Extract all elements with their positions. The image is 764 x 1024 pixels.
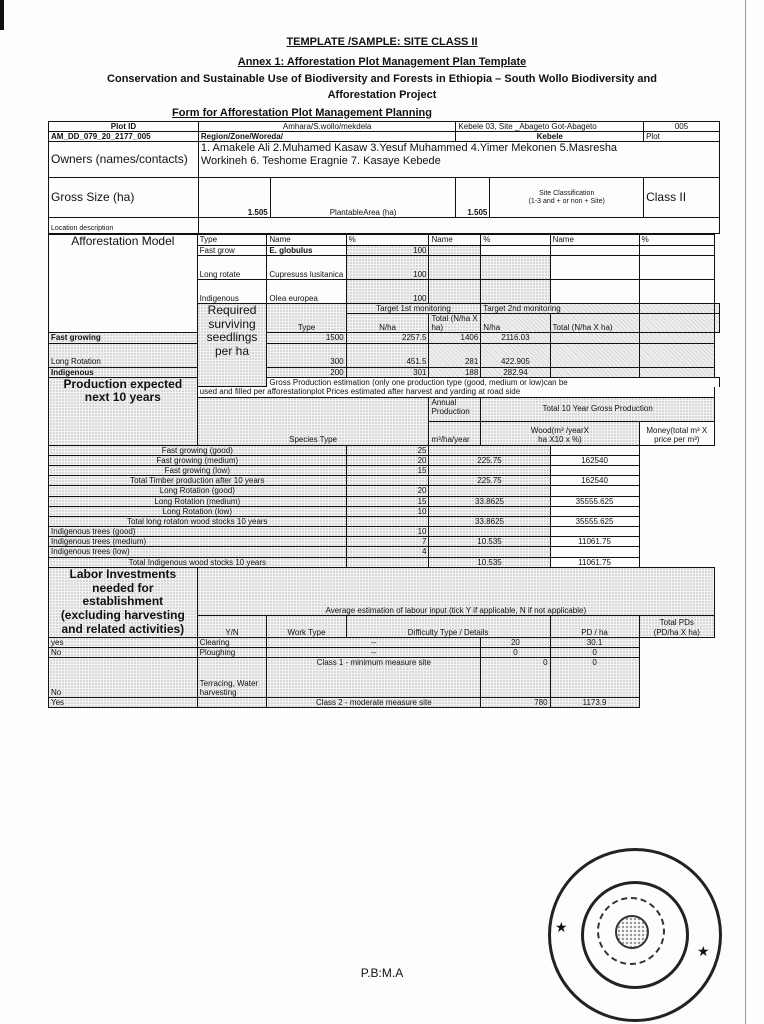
model-type: Fast grow xyxy=(197,245,267,255)
money-value xyxy=(550,547,639,557)
seedling-n2: 188 xyxy=(429,367,481,377)
labor-row: YesClass 2 - moderate measure site780117… xyxy=(49,698,720,708)
gross-size-label: Gross Size (ha) xyxy=(49,178,199,218)
seedling-t1: 301 xyxy=(346,367,429,377)
plot-id-label: Plot ID xyxy=(49,122,199,132)
money-value: 11061.75 xyxy=(550,537,639,547)
plantable-area-value: 1.505 xyxy=(456,178,490,218)
star-icon: ★ xyxy=(697,943,710,960)
model-type: Long rotate xyxy=(197,255,267,279)
production-note-2: used and filled per afforestationplot Pr… xyxy=(197,387,714,397)
official-seal: ★ ★ xyxy=(548,848,722,1022)
species-type: Fast growing (medium) xyxy=(49,455,347,465)
model-header-name-3: Name xyxy=(550,235,639,245)
money-value xyxy=(550,506,639,516)
model-type: Indigenous xyxy=(197,279,267,303)
production-row: Total Timber production after 10 years22… xyxy=(49,476,720,486)
wood-volume: 33.8625 xyxy=(429,496,550,506)
seedling-type: Fast growing xyxy=(49,333,198,343)
annual-production: 10 xyxy=(346,506,429,516)
annual-production-header: Annual Production xyxy=(429,397,481,421)
work-type: Clearing xyxy=(197,637,267,647)
labor-row: NoPloughing--00 xyxy=(49,647,720,657)
production-row: Indigenous trees (good)10 xyxy=(49,527,720,537)
total-pd-header-2: (PD/ha X ha) xyxy=(642,628,712,637)
total-pds: 30.1 xyxy=(550,637,639,647)
model-pct: 100 xyxy=(346,255,429,279)
second-monitoring-header: Target 2nd monitoring xyxy=(481,303,639,313)
pd-per-ha: 0 xyxy=(481,647,550,657)
scan-edge-right xyxy=(745,0,746,1024)
model-species: Olea europea xyxy=(267,279,346,303)
region-value: Amhara/S.wollo/mekdela xyxy=(198,122,456,132)
labor-rows: yesClearing--2030.1NoPloughing--00NoTerr… xyxy=(49,637,720,708)
plot-id-value: AM_DD_079_20_2177_005 xyxy=(49,132,199,142)
wood-header-1: Wood(m³ /yearX xyxy=(483,426,636,435)
seedling-n2: 281 xyxy=(429,343,481,367)
model-header-type: Type xyxy=(197,235,267,245)
afforestation-model-label: Afforestation Model xyxy=(49,235,198,333)
star-icon: ★ xyxy=(555,919,568,936)
plot-number: 005 xyxy=(644,122,720,132)
plot-label: Plot xyxy=(644,132,720,142)
model-header-name-2: Name xyxy=(429,235,481,245)
species-type: Indigenous trees (good) xyxy=(49,527,347,537)
annual-production xyxy=(346,516,429,526)
scan-edge xyxy=(0,0,4,30)
seedling-t1: 2257.5 xyxy=(346,333,429,343)
plantable-area-label: PlantableArea (ha) xyxy=(270,178,456,218)
footer-initials: P.B:M.A xyxy=(0,966,764,980)
wood-volume xyxy=(429,486,550,496)
seedlings-type-header: Type xyxy=(267,303,346,333)
money-value: 162540 xyxy=(550,455,639,465)
total-pds: 0 xyxy=(550,658,639,698)
site-classification-label: Site Classification (1-3 and + or non + … xyxy=(490,178,644,218)
seedling-t2: 2116.03 xyxy=(481,333,550,343)
wood-header-2: ha X10 x %) xyxy=(483,435,636,444)
species-type: Total Timber production after 10 years xyxy=(49,476,347,486)
wood-header: Wood(m³ /yearX ha X10 x %) xyxy=(481,421,639,445)
model-pct: 100 xyxy=(346,245,429,255)
model-header-pct-2: % xyxy=(481,235,550,245)
species-type: Fast growing (low) xyxy=(49,465,347,475)
production-row: Indigenous trees (medium)710.53511061.75 xyxy=(49,537,720,547)
annual-production: 4 xyxy=(346,547,429,557)
total-pd-header-1: Total PDs xyxy=(642,618,712,627)
species-type: Indigenous trees (medium) xyxy=(49,537,347,547)
region-label: Region/Zone/Woreda/ xyxy=(198,132,456,142)
gross-size-value: 1.505 xyxy=(198,178,270,218)
species-type: Indigenous trees (low) xyxy=(49,547,347,557)
wood-volume: 33.8625 xyxy=(429,516,550,526)
nha-header: N/ha xyxy=(346,313,429,332)
seedling-type: Long Rotation xyxy=(49,343,198,367)
model-pct: 100 xyxy=(346,279,429,303)
model-species: Cupresuss lusitanica xyxy=(267,255,346,279)
money-value xyxy=(550,465,639,475)
production-row: Total Indigenous wood stocks 10 years10.… xyxy=(49,557,720,567)
seedling-n1: 200 xyxy=(267,367,346,377)
model-header-pct-3: % xyxy=(639,235,714,245)
difficulty-details: -- xyxy=(267,647,481,657)
seedling-t2: 282.94 xyxy=(481,367,550,377)
total-production-header: Total 10 Year Gross Production xyxy=(481,397,715,421)
annual-production xyxy=(346,476,429,486)
project-title-line2: Afforestation Project xyxy=(0,89,764,101)
money-value: 162540 xyxy=(550,476,639,486)
pd-per-ha: 20 xyxy=(481,637,550,647)
annual-production xyxy=(346,557,429,567)
wood-volume xyxy=(429,465,550,475)
production-row: Long Rotation (good)20 xyxy=(49,486,720,496)
production-rows: Fast growing (good)25Fast growing (mediu… xyxy=(49,445,720,567)
annual-production: 15 xyxy=(346,496,429,506)
money-value: 11061.75 xyxy=(550,557,639,567)
money-header: Money(total m³ X price per m³) xyxy=(639,421,714,445)
production-row: Long Rotation (medium)1533.862535555.625 xyxy=(49,496,720,506)
labor-title: Average estimation of labour input (tick… xyxy=(197,567,714,615)
labor-label: Labor Investments needed for establishme… xyxy=(49,567,198,637)
work-type: Terracing, Water harvesting xyxy=(197,658,267,698)
details-table: Afforestation Model Type Name % Name % N… xyxy=(48,234,720,708)
money-value: 35555.625 xyxy=(550,496,639,506)
wood-volume: 10.535 xyxy=(429,557,550,567)
money-value xyxy=(550,445,639,455)
species-type: Fast growing (good) xyxy=(49,445,347,455)
production-note-1: Gross Production estimation (only one pr… xyxy=(267,377,720,387)
owners-label: Owners (names/contacts) xyxy=(49,142,199,178)
species-type: Long Rotation (good) xyxy=(49,486,347,496)
annual-production: 10 xyxy=(346,527,429,537)
difficulty-header: Difficulty Type / Details xyxy=(346,615,550,637)
yn-value[interactable]: Yes xyxy=(49,698,198,708)
production-row: Indigenous trees (low)4 xyxy=(49,547,720,557)
money-value: 35555.625 xyxy=(550,516,639,526)
yn-value[interactable]: No xyxy=(49,647,198,657)
total-header: Total (N/ha X ha) xyxy=(429,313,481,332)
wood-volume: 10.535 xyxy=(429,537,550,547)
species-type-header: Species Type xyxy=(197,397,429,445)
seedling-t2: 422.905 xyxy=(481,343,550,367)
species-type: Total long rotaton wood stocks 10 years xyxy=(49,516,347,526)
wood-volume xyxy=(429,527,550,537)
model-header-name: Name xyxy=(267,235,346,245)
production-row: Fast growing (low)15 xyxy=(49,465,720,475)
owners-list: 1. Amakele Ali 2.Muhamed Kasaw 3.Yesuf M… xyxy=(198,142,719,178)
production-label: Production expected next 10 years xyxy=(49,377,198,445)
annual-production: 7 xyxy=(346,537,429,547)
seedling-n2: 1406 xyxy=(429,333,481,343)
first-monitoring-header: Target 1st monitoring xyxy=(346,303,481,313)
seedling-n1: 300 xyxy=(267,343,346,367)
location-label: Location description xyxy=(49,218,199,234)
emblem-icon xyxy=(615,915,649,949)
total-pds: 1173.9 xyxy=(550,698,639,708)
production-row: Fast growing (medium)20225.75162540 xyxy=(49,455,720,465)
labor-row: yesClearing--2030.1 xyxy=(49,637,720,647)
site-classification-label-2: (1-3 and + or non + Site) xyxy=(492,198,641,206)
annex-title: Annex 1: Afforestation Plot Management P… xyxy=(0,56,764,68)
total-pds: 0 xyxy=(550,647,639,657)
owners-line-2: Workineh 6. Teshome Eragnie 7. Kasaye Ke… xyxy=(201,155,717,168)
wood-volume xyxy=(429,547,550,557)
site-class-value: Class II xyxy=(644,178,720,218)
annual-production: 25 xyxy=(346,445,429,455)
model-species: E. globulus xyxy=(267,245,346,255)
form-title: Form for Afforestation Plot Management P… xyxy=(0,107,684,119)
production-row: Long Rotation (low)10 xyxy=(49,506,720,516)
pd-per-ha: 780 xyxy=(481,698,550,708)
work-type-header: Work Type xyxy=(267,615,346,637)
species-type: Long Rotation (medium) xyxy=(49,496,347,506)
model-header-pct: % xyxy=(346,235,429,245)
wood-volume: 225.75 xyxy=(429,455,550,465)
plan-form: Plot ID Amhara/S.wollo/mekdela Kebele 03… xyxy=(48,121,720,708)
annual-production: 20 xyxy=(346,455,429,465)
yn-value[interactable]: yes xyxy=(49,637,198,647)
plot-info-table: Plot ID Amhara/S.wollo/mekdela Kebele 03… xyxy=(48,121,720,234)
owners-line-1: 1. Amakele Ali 2.Muhamed Kasaw 3.Yesuf M… xyxy=(201,142,717,155)
yn-header: Y/N xyxy=(197,615,267,637)
seedlings-label: Required surviving seedlings per ha xyxy=(197,303,267,387)
difficulty-details: -- xyxy=(267,637,481,647)
nha-header-2: N/ha xyxy=(481,313,550,332)
difficulty-details: Class 2 - moderate measure site xyxy=(267,698,481,708)
money-value xyxy=(550,486,639,496)
wood-volume xyxy=(429,506,550,516)
species-type: Total Indigenous wood stocks 10 years xyxy=(49,557,347,567)
seedling-type: Indigenous xyxy=(49,367,198,377)
labor-row: NoTerracing, Water harvestingClass 1 - m… xyxy=(49,658,720,698)
annual-unit: m³/ha/year xyxy=(429,421,481,445)
doc-title: TEMPLATE /SAMPLE: SITE CLASS II xyxy=(0,36,764,48)
total-pd-header: Total PDs (PD/ha X ha) xyxy=(639,615,714,637)
production-row: Total long rotaton wood stocks 10 years3… xyxy=(49,516,720,526)
yn-value[interactable]: No xyxy=(49,658,198,698)
work-type xyxy=(197,698,267,708)
location-value[interactable] xyxy=(198,218,719,234)
pd-per-ha: 0 xyxy=(481,658,550,698)
wood-volume xyxy=(429,445,550,455)
annual-production: 20 xyxy=(346,486,429,496)
kebele-value: Kebele 03, Site _Abageto Got-Abageto xyxy=(456,122,644,132)
seedling-t1: 451.5 xyxy=(346,343,429,367)
species-type: Long Rotation (low) xyxy=(49,506,347,516)
money-value xyxy=(550,527,639,537)
difficulty-details: Class 1 - minimum measure site xyxy=(267,658,481,698)
pd-header: PD / ha xyxy=(550,615,639,637)
site-classification-label-1: Site Classification xyxy=(492,190,641,198)
total-header-2: Total (N/ha X ha) xyxy=(550,313,639,332)
production-row: Fast growing (good)25 xyxy=(49,445,720,455)
project-title-line1: Conservation and Sustainable Use of Biod… xyxy=(0,73,764,85)
seedling-n1: 1500 xyxy=(267,333,346,343)
work-type: Ploughing xyxy=(197,647,267,657)
kebele-label: Kebele xyxy=(456,132,644,142)
wood-volume: 225.75 xyxy=(429,476,550,486)
annual-production: 15 xyxy=(346,465,429,475)
